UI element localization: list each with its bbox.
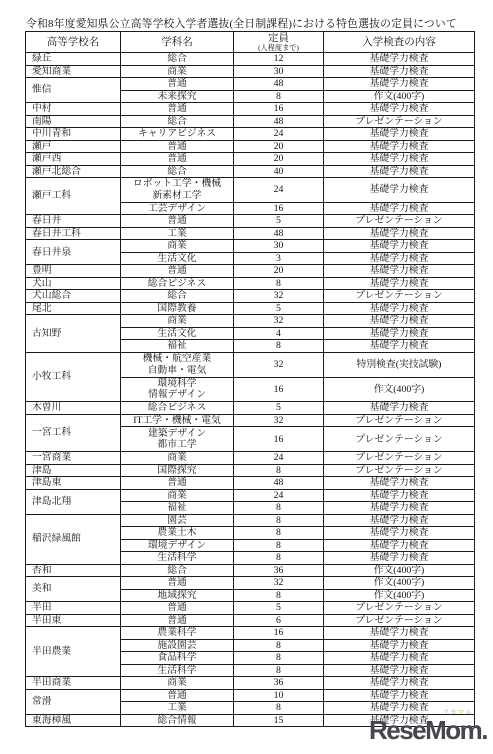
- department-cell: 福祉: [121, 340, 234, 353]
- school-name-cell: 津島北翔: [26, 489, 121, 514]
- capacity-cell: 8: [234, 340, 324, 353]
- capacity-cell: 20: [234, 140, 324, 153]
- exam-content-cell: 基礎学力検査: [324, 153, 475, 166]
- col-header-department: 学科名: [121, 32, 234, 53]
- department-cell: 食品科学: [121, 652, 234, 665]
- table-row: 中村普通16基礎学力検査: [26, 103, 475, 116]
- school-name-cell: 杏和: [26, 564, 121, 577]
- exam-content-cell: 基礎学力検査: [324, 265, 475, 278]
- school-name-cell: 愛知商業: [26, 65, 121, 78]
- department-cell: 商業: [121, 65, 234, 78]
- table-row: 犬山総合ビジネス8基礎学力検査: [26, 277, 475, 290]
- exam-content-cell: 基礎学力検査: [324, 340, 475, 353]
- exam-content-cell: 基礎学力検査: [324, 327, 475, 340]
- exam-content-cell: プレゼンテーション: [324, 414, 475, 427]
- exam-content-cell: 基礎学力検査: [324, 277, 475, 290]
- department-cell: 総合ビジネス: [121, 277, 234, 290]
- exam-content-cell: プレゼンテーション: [324, 614, 475, 627]
- exam-content-cell: 基礎学力検査: [324, 489, 475, 502]
- capacity-cell: 3: [234, 252, 324, 265]
- exam-content-cell: 基礎学力検査: [324, 240, 475, 253]
- capacity-cell: 16: [234, 427, 324, 452]
- department-cell: 普通: [121, 577, 234, 590]
- school-name-cell: 一宮商業: [26, 452, 121, 465]
- school-name-cell: 津島東: [26, 477, 121, 490]
- exam-content-cell: プレゼンテーション: [324, 215, 475, 228]
- department-cell: 建築デザイン都市工学: [121, 427, 234, 452]
- capacity-cell: 48: [234, 115, 324, 128]
- exam-content-cell: プレゼンテーション: [324, 290, 475, 303]
- exam-content-cell: プレゼンテーション: [324, 464, 475, 477]
- school-name-cell: 木曽川: [26, 402, 121, 415]
- exam-content-cell: 基礎学力検査: [324, 103, 475, 116]
- exam-content-cell: 作文(400字): [324, 577, 475, 590]
- exam-content-cell: 基礎学力検査: [324, 527, 475, 540]
- table-row: 春日井普通5プレゼンテーション: [26, 215, 475, 228]
- department-cell: 生活文化: [121, 252, 234, 265]
- department-cell: 普通: [121, 140, 234, 153]
- capacity-cell: 15: [234, 714, 324, 727]
- department-cell: 普通: [121, 265, 234, 278]
- department-cell: 環境科学情報デザイン: [121, 377, 234, 402]
- table-row: 一宮商業商業24プレゼンテーション: [26, 452, 475, 465]
- exam-content-cell: 基礎学力検査: [324, 514, 475, 527]
- table-row: 美和普通32作文(400字): [26, 577, 475, 590]
- capacity-cell: 8: [234, 589, 324, 602]
- capacity-cell: 24: [234, 178, 324, 203]
- table-row: 津島東普通48基礎学力検査: [26, 477, 475, 490]
- col-header-capacity: 定員 (人程度まで): [234, 32, 324, 53]
- school-name-cell: 古知野: [26, 315, 121, 353]
- department-cell: 環境デザイン: [121, 539, 234, 552]
- table-row: 杏和総合36作文(400字): [26, 564, 475, 577]
- capacity-cell: 8: [234, 277, 324, 290]
- school-name-cell: 瀬戸工科: [26, 178, 121, 215]
- exam-content-cell: 基礎学力検査: [324, 78, 475, 91]
- department-cell: 農業土木: [121, 527, 234, 540]
- table-row: 南陽総合48プレゼンテーション: [26, 115, 475, 128]
- table-row: 津島国際探究8プレゼンテーション: [26, 464, 475, 477]
- department-cell: 普通: [121, 689, 234, 702]
- department-cell: 地域探究: [121, 589, 234, 602]
- capacity-cell: 24: [234, 489, 324, 502]
- exam-content-cell: 特別検査(実技試験): [324, 352, 475, 377]
- table-row: 半田普通5プレゼンテーション: [26, 602, 475, 615]
- school-name-cell: 豊明: [26, 265, 121, 278]
- capacity-cell: 20: [234, 265, 324, 278]
- exam-content-cell: プレゼンテーション: [324, 115, 475, 128]
- table-header-row: 高等学校名 学科名 定員 (人程度まで) 入学検査の内容: [26, 32, 475, 53]
- capacity-cell: 32: [234, 290, 324, 303]
- department-cell: 普通: [121, 153, 234, 166]
- exam-content-cell: 基礎学力検査: [324, 53, 475, 66]
- school-name-cell: 瀬戸西: [26, 153, 121, 166]
- table-row: 緑丘総合12基礎学力検査: [26, 53, 475, 66]
- school-name-cell: 美和: [26, 577, 121, 602]
- selection-capacity-table: 高等学校名 学科名 定員 (人程度まで) 入学検査の内容 緑丘総合12基礎学力検…: [25, 31, 475, 727]
- capacity-cell: 32: [234, 352, 324, 377]
- department-cell: 未来探究: [121, 90, 234, 103]
- exam-content-cell: プレゼンテーション: [324, 602, 475, 615]
- department-cell: 生活文化: [121, 327, 234, 340]
- exam-content-cell: 作文(400字): [324, 377, 475, 402]
- capacity-cell: 12: [234, 53, 324, 66]
- school-name-cell: 瀬戸: [26, 140, 121, 153]
- table-row: 惟信普通48基礎学力検査: [26, 78, 475, 91]
- capacity-cell: 8: [234, 552, 324, 565]
- capacity-cell: 5: [234, 215, 324, 228]
- department-cell: 普通: [121, 78, 234, 91]
- exam-content-cell: 基礎学力検査: [324, 302, 475, 315]
- table-row: 木曽川総合ビジネス5基礎学力検査: [26, 402, 475, 415]
- exam-content-cell: 基礎学力検査: [324, 65, 475, 78]
- department-cell: 総合: [121, 115, 234, 128]
- school-name-cell: 惟信: [26, 78, 121, 103]
- exam-content-cell: 作文(400字): [324, 589, 475, 602]
- exam-content-cell: 基礎学力検査: [324, 627, 475, 640]
- table-row: 一宮工科IT工学・機械・電気32プレゼンテーション: [26, 414, 475, 427]
- table-row: 半田東普通6プレゼンテーション: [26, 614, 475, 627]
- department-cell: 総合ビジネス: [121, 402, 234, 415]
- capacity-cell: 10: [234, 689, 324, 702]
- capacity-cell: 5: [234, 602, 324, 615]
- capacity-cell: 8: [234, 639, 324, 652]
- department-cell: 工業: [121, 702, 234, 715]
- department-cell: 園芸: [121, 514, 234, 527]
- col-header-exam-content: 入学検査の内容: [324, 32, 475, 53]
- school-name-cell: 春日井泉: [26, 240, 121, 265]
- exam-content-cell: 基礎学力検査: [324, 639, 475, 652]
- capacity-cell: 8: [234, 702, 324, 715]
- school-name-cell: 犬山: [26, 277, 121, 290]
- department-cell: 国際教養: [121, 302, 234, 315]
- table-row: 半田農業農業科学16基礎学力検査: [26, 627, 475, 640]
- department-cell: 商業: [121, 315, 234, 328]
- school-name-cell: 春日井工科: [26, 227, 121, 240]
- exam-content-cell: 基礎学力検査: [324, 539, 475, 552]
- department-cell: 生活科学: [121, 664, 234, 677]
- capacity-cell: 5: [234, 402, 324, 415]
- exam-content-cell: 基礎学力検査: [324, 552, 475, 565]
- school-name-cell: 犬山総合: [26, 290, 121, 303]
- capacity-cell: 8: [234, 90, 324, 103]
- capacity-cell: 5: [234, 302, 324, 315]
- table-row: 小牧工科機械・航空産業自動車・電気32特別検査(実技試験): [26, 352, 475, 377]
- school-name-cell: 半田農業: [26, 627, 121, 677]
- capacity-cell: 48: [234, 227, 324, 240]
- department-cell: 施設園芸: [121, 639, 234, 652]
- school-name-cell: 常滑: [26, 689, 121, 714]
- table-row: 春日井工科工業48基礎学力検査: [26, 227, 475, 240]
- department-cell: 工業: [121, 227, 234, 240]
- exam-content-cell: 基礎学力検査: [324, 128, 475, 141]
- capacity-cell: 36: [234, 677, 324, 690]
- school-name-cell: 小牧工科: [26, 352, 121, 402]
- capacity-cell: 40: [234, 165, 324, 178]
- capacity-cell: 36: [234, 564, 324, 577]
- school-name-cell: 半田東: [26, 614, 121, 627]
- school-name-cell: 半田: [26, 602, 121, 615]
- exam-content-cell: 基礎学力検査: [324, 402, 475, 415]
- department-cell: 国際探究: [121, 464, 234, 477]
- school-name-cell: 中川青和: [26, 128, 121, 141]
- department-cell: 総合情報: [121, 714, 234, 727]
- exam-content-cell: 基礎学力検査: [324, 202, 475, 215]
- department-cell: 商業: [121, 489, 234, 502]
- exam-content-cell: 基礎学力検査: [324, 664, 475, 677]
- capacity-cell: 48: [234, 78, 324, 91]
- capacity-cell: 8: [234, 539, 324, 552]
- page-title: 令和8年度愛知県公立高等学校入学者選抜(全日制課程)における特色選抜の定員につい…: [26, 16, 457, 31]
- table-row: 瀬戸工科ロボット工学・機械新素材工学24基礎学力検査: [26, 178, 475, 203]
- exam-content-cell: 基礎学力検査: [324, 502, 475, 515]
- school-name-cell: 瀬戸北総合: [26, 165, 121, 178]
- col-header-school-name: 高等学校名: [26, 32, 121, 53]
- department-cell: 商業: [121, 240, 234, 253]
- table-row: 犬山総合総合32プレゼンテーション: [26, 290, 475, 303]
- department-cell: 総合: [121, 290, 234, 303]
- capacity-cell: 8: [234, 652, 324, 665]
- department-cell: 普通: [121, 215, 234, 228]
- capacity-cell: 32: [234, 414, 324, 427]
- department-cell: IT工学・機械・電気: [121, 414, 234, 427]
- table-row: 春日井泉商業30基礎学力検査: [26, 240, 475, 253]
- school-name-cell: 東海樟風: [26, 714, 121, 727]
- capacity-header-label: 定員: [234, 34, 323, 44]
- capacity-cell: 30: [234, 240, 324, 253]
- exam-content-cell: プレゼンテーション: [324, 427, 475, 452]
- table-row: 半田商業商業36基礎学力検査: [26, 677, 475, 690]
- department-cell: 総合: [121, 53, 234, 66]
- capacity-cell: 24: [234, 128, 324, 141]
- capacity-cell: 8: [234, 464, 324, 477]
- department-cell: 商業: [121, 677, 234, 690]
- resemom-logo: リセマム ReseMom.: [369, 710, 487, 744]
- capacity-cell: 32: [234, 315, 324, 328]
- capacity-cell: 30: [234, 65, 324, 78]
- capacity-cell: 6: [234, 614, 324, 627]
- exam-content-cell: 基礎学力検査: [324, 477, 475, 490]
- school-name-cell: 尾北: [26, 302, 121, 315]
- table-row: 瀬戸北総合総合40基礎学力検査: [26, 165, 475, 178]
- department-cell: 普通: [121, 614, 234, 627]
- department-cell: 農業科学: [121, 627, 234, 640]
- school-name-cell: 春日井: [26, 215, 121, 228]
- department-cell: 普通: [121, 103, 234, 116]
- exam-content-cell: 基礎学力検査: [324, 227, 475, 240]
- department-cell: 普通: [121, 477, 234, 490]
- table-row: 瀬戸西普通20基礎学力検査: [26, 153, 475, 166]
- exam-content-cell: 基礎学力検査: [324, 252, 475, 265]
- capacity-cell: 8: [234, 664, 324, 677]
- department-cell: 総合: [121, 564, 234, 577]
- exam-content-cell: 基礎学力検査: [324, 165, 475, 178]
- department-cell: 生活科学: [121, 552, 234, 565]
- table-row: 常滑普通10基礎学力検査: [26, 689, 475, 702]
- capacity-cell: 48: [234, 477, 324, 490]
- department-cell: 福祉: [121, 502, 234, 515]
- school-name-cell: 中村: [26, 103, 121, 116]
- exam-content-cell: 基礎学力検査: [324, 677, 475, 690]
- capacity-cell: 16: [234, 627, 324, 640]
- capacity-cell: 32: [234, 577, 324, 590]
- department-cell: 商業: [121, 452, 234, 465]
- capacity-cell: 16: [234, 377, 324, 402]
- exam-content-cell: 基礎学力検査: [324, 315, 475, 328]
- exam-content-cell: 基礎学力検査: [324, 689, 475, 702]
- table-row: 愛知商業商業30基礎学力検査: [26, 65, 475, 78]
- capacity-cell: 8: [234, 514, 324, 527]
- table-row: 豊明普通20基礎学力検査: [26, 265, 475, 278]
- table-row: 稲沢緑風館園芸8基礎学力検査: [26, 514, 475, 527]
- exam-content-cell: 作文(400字): [324, 564, 475, 577]
- school-name-cell: 緑丘: [26, 53, 121, 66]
- exam-content-cell: 作文(400字): [324, 90, 475, 103]
- table-row: 津島北翔商業24基礎学力検査: [26, 489, 475, 502]
- department-cell: 工芸デザイン: [121, 202, 234, 215]
- capacity-cell: 8: [234, 502, 324, 515]
- school-name-cell: 一宮工科: [26, 414, 121, 451]
- capacity-cell: 16: [234, 103, 324, 116]
- department-cell: ロボット工学・機械新素材工学: [121, 178, 234, 203]
- department-cell: 総合: [121, 165, 234, 178]
- school-name-cell: 津島: [26, 464, 121, 477]
- department-cell: 普通: [121, 602, 234, 615]
- capacity-cell: 16: [234, 202, 324, 215]
- school-name-cell: 南陽: [26, 115, 121, 128]
- table-row: 瀬戸普通20基礎学力検査: [26, 140, 475, 153]
- department-cell: キャリアビジネス: [121, 128, 234, 141]
- school-name-cell: 稲沢緑風館: [26, 514, 121, 564]
- capacity-cell: 20: [234, 153, 324, 166]
- exam-content-cell: 基礎学力検査: [324, 140, 475, 153]
- capacity-cell: 24: [234, 452, 324, 465]
- exam-content-cell: プレゼンテーション: [324, 452, 475, 465]
- school-name-cell: 半田商業: [26, 677, 121, 690]
- logo-wordmark: ReseMom.: [369, 715, 487, 745]
- capacity-header-note: (人程度まで): [234, 44, 323, 52]
- capacity-cell: 4: [234, 327, 324, 340]
- exam-content-cell: 基礎学力検査: [324, 652, 475, 665]
- table-row: 古知野商業32基礎学力検査: [26, 315, 475, 328]
- exam-content-cell: 基礎学力検査: [324, 178, 475, 203]
- capacity-cell: 8: [234, 527, 324, 540]
- table-row: 中川青和キャリアビジネス24基礎学力検査: [26, 128, 475, 141]
- department-cell: 機械・航空産業自動車・電気: [121, 352, 234, 377]
- table-row: 尾北国際教養5基礎学力検査: [26, 302, 475, 315]
